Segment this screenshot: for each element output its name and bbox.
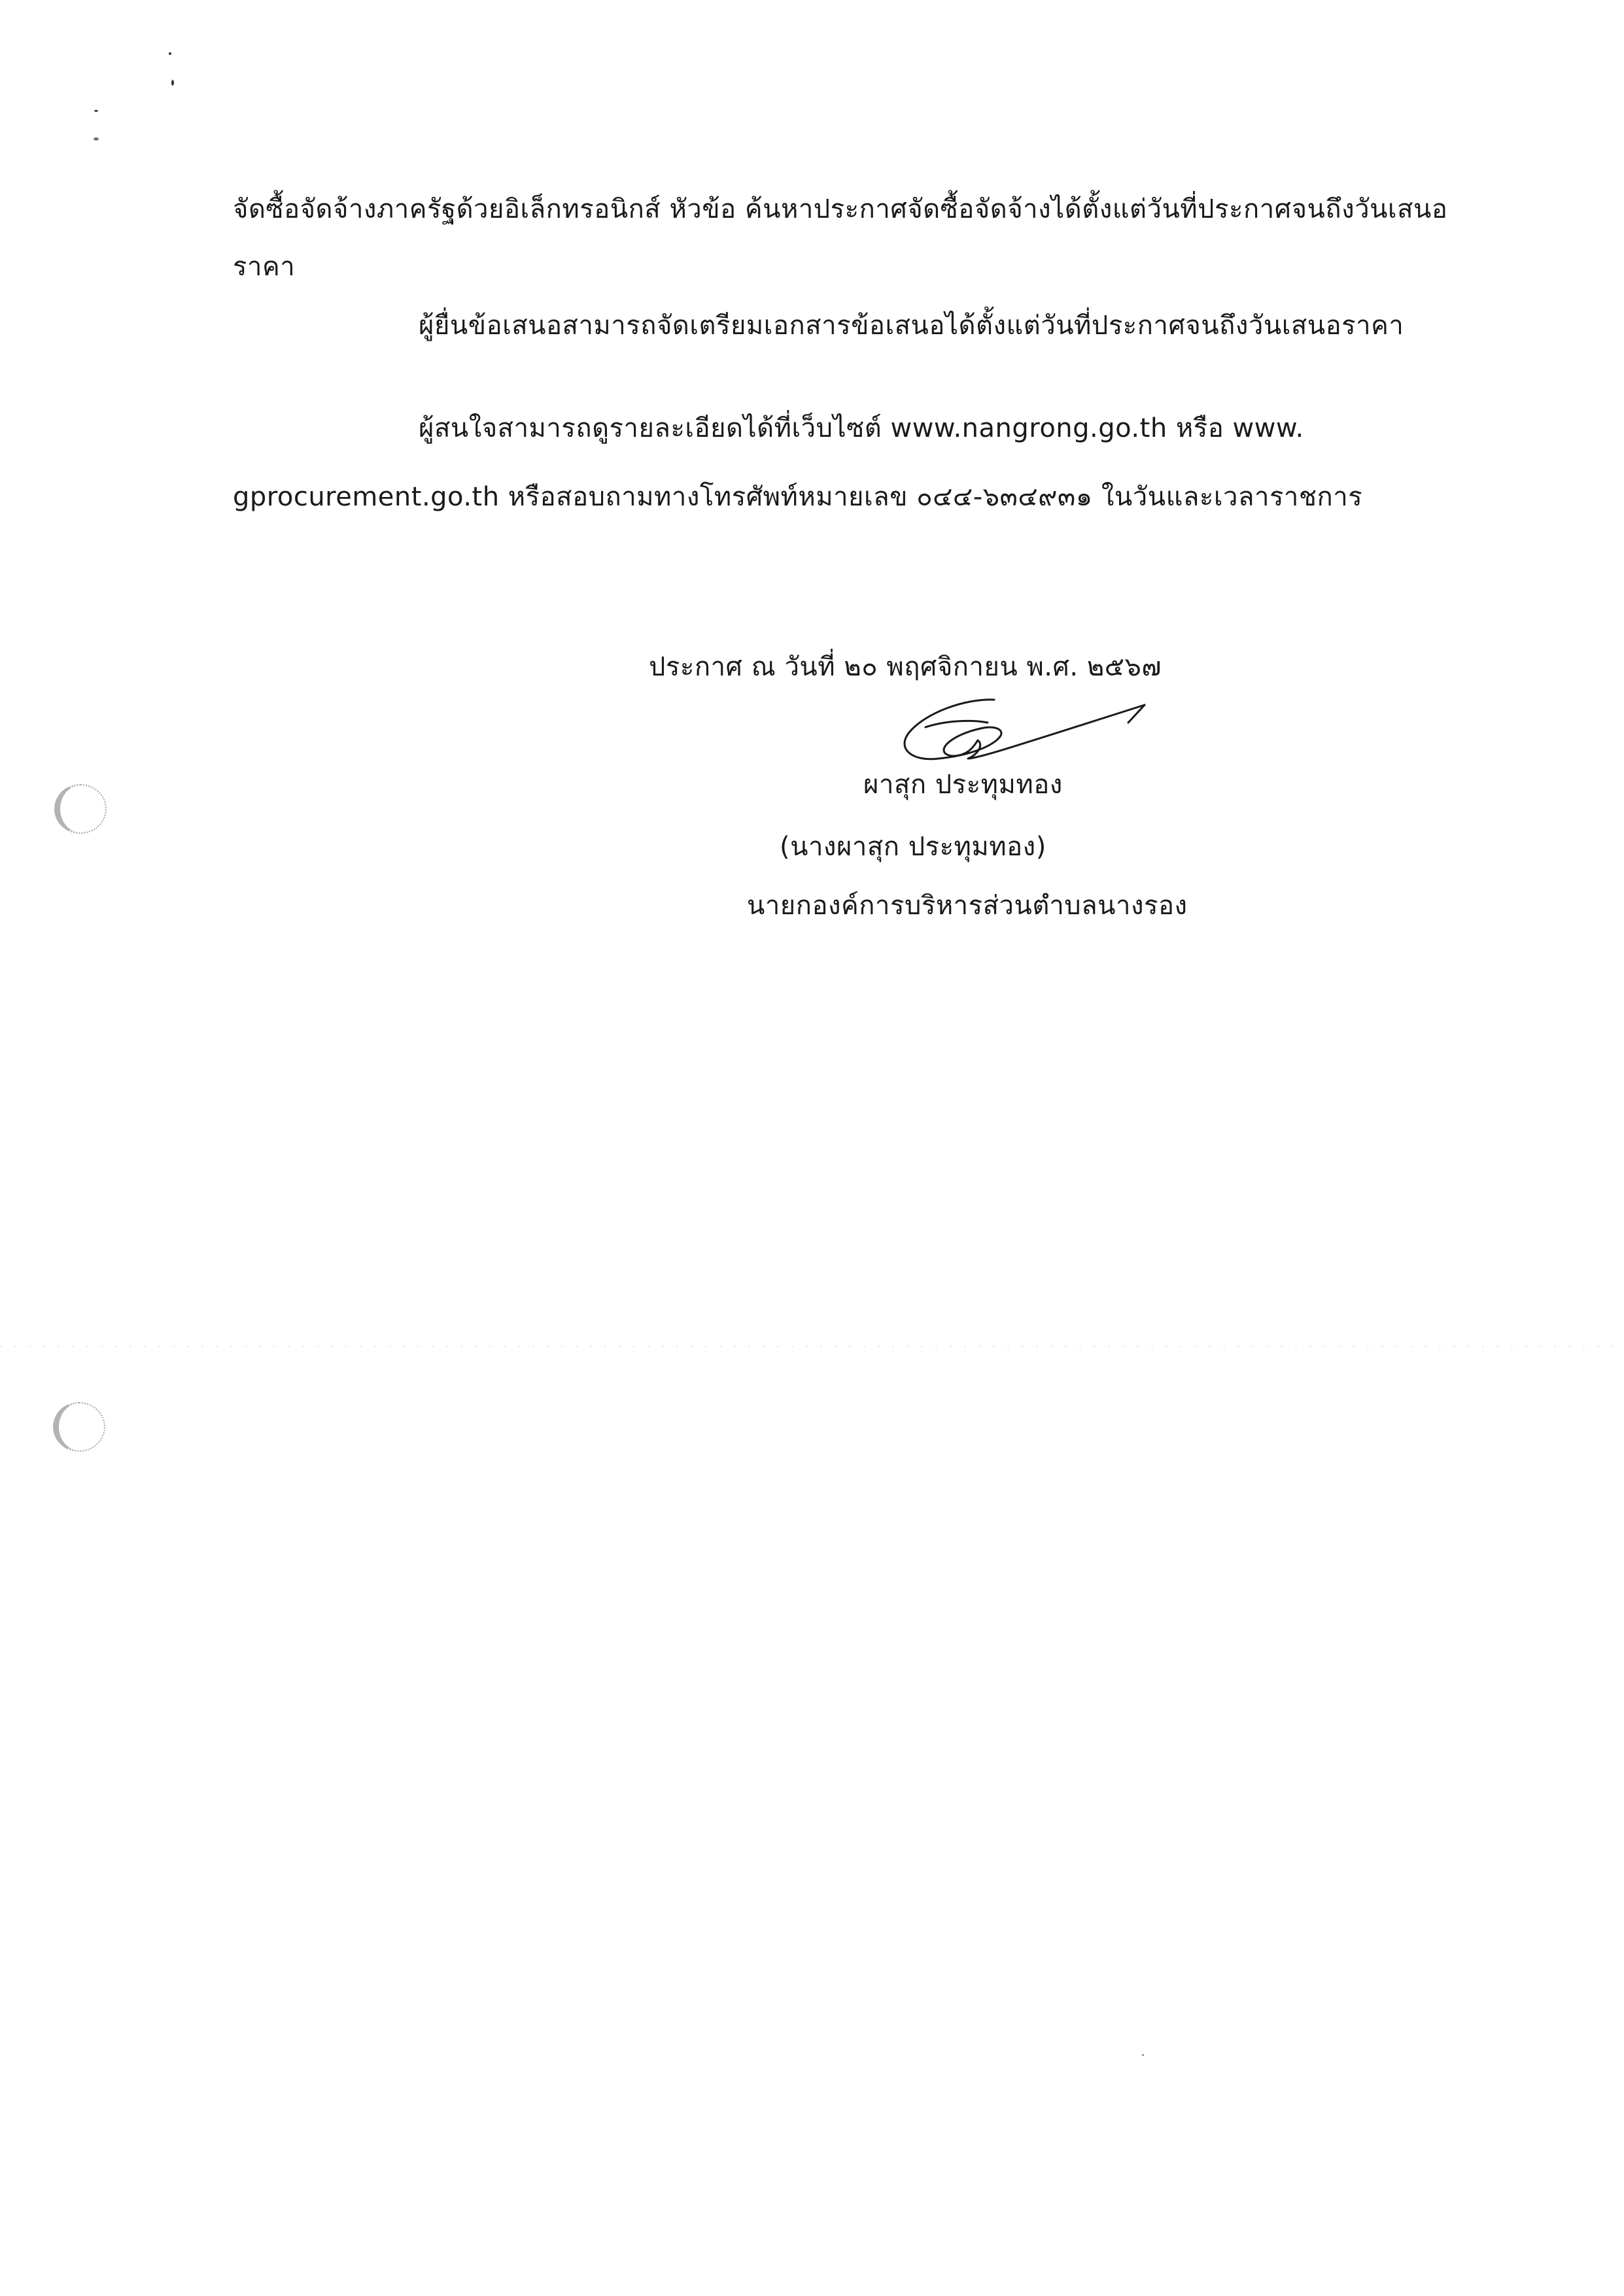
scan-speck <box>94 110 98 112</box>
signatory-position: นายกองค์การบริหารส่วนตำบลนางรอง <box>747 886 1188 925</box>
scan-speck <box>1142 2054 1144 2056</box>
scan-fold-line <box>0 1346 1624 1347</box>
scan-speck <box>169 52 171 55</box>
document-page: จัดซื้อจัดจ้างภาครัฐด้วยอิเล็กทรอนิกส์ ห… <box>0 0 1624 2296</box>
paragraph-3-line-1: ผู้สนใจสามารถดูรายละเอียดได้ที่เว็บไซต์ … <box>419 409 1304 448</box>
paragraph-3-line-2: gprocurement.go.th หรือสอบถามทางโทรศัพท์… <box>233 477 1362 517</box>
announcement-date: ประกาศ ณ วันที่ ๒๐ พฤศจิกายน พ.ศ. ๒๕๖๗ <box>649 647 1162 687</box>
paragraph-2-line-1: ผู้ยื่นข้อเสนอสามารถจัดเตรียมเอกสารข้อเส… <box>419 306 1404 345</box>
paragraph-1-line-2: ราคา <box>233 247 295 286</box>
punch-hole <box>54 784 107 834</box>
scan-speck <box>171 80 174 86</box>
handwritten-signature <box>886 693 1161 772</box>
paragraph-1-line-1: จัดซื้อจัดจ้างภาครัฐด้วยอิเล็กทรอนิกส์ ห… <box>233 190 1447 229</box>
signatory-full-name: (นางผาสุก ประทุมทอง) <box>780 827 1046 866</box>
signed-name: ผาสุก ประทุมทอง <box>863 765 1063 804</box>
punch-hole <box>53 1402 105 1452</box>
scan-speck <box>94 137 99 141</box>
